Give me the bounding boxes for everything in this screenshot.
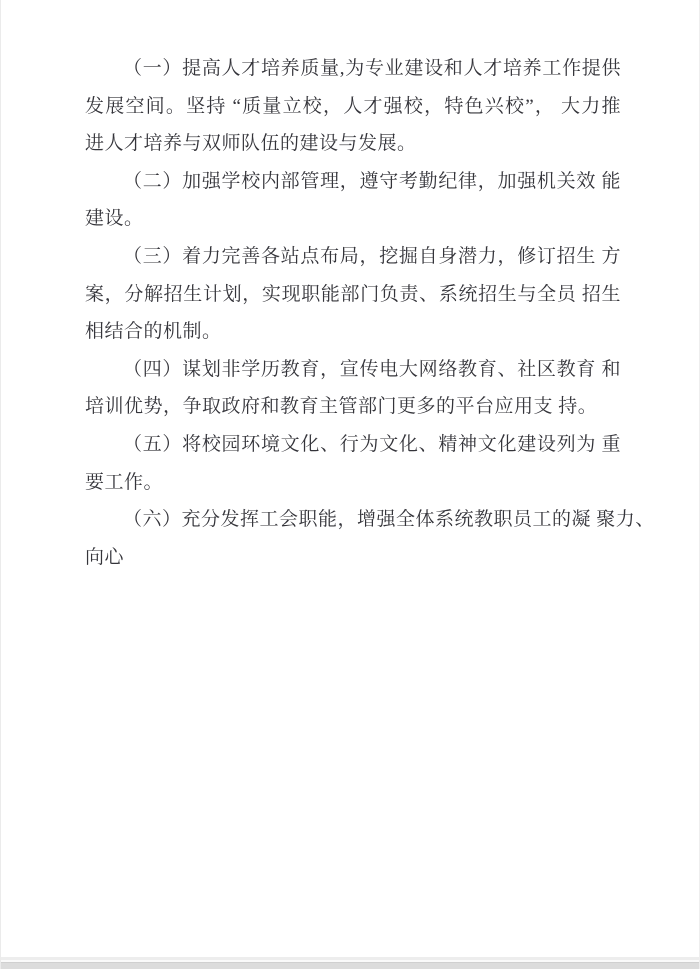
text-line: 要工作。 (85, 464, 621, 502)
text-line: （五）将校园环境文化、行为文化、精神文化建设列为 重 (85, 426, 621, 464)
paragraph: （六）充分发挥工会职能，增强全体系统教职员工的凝 聚力、向心 (85, 501, 621, 576)
document-body: （一）提高人才培养质量,为专业建设和人才培养工作提供发展空间。坚持 “质量立校，… (1, 0, 699, 576)
paragraph: （四）谋划非学历教育，宣传电大网络教育、社区教育 和培训优势，争取政府和教育主管… (85, 351, 621, 426)
paragraph: （三）着力完善各站点布局，挖掘自身潜力，修订招生 方案，分解招生计划，实现职能部… (85, 238, 621, 351)
text-line: 向心 (85, 539, 621, 577)
text-line: 培训优势，争取政府和教育主管部门更多的平台应用支 持。 (85, 388, 621, 426)
text-line: 案，分解招生计划，实现职能部门负责、系统招生与全员 招生 (85, 276, 621, 314)
horizontal-scrollbar[interactable] (1, 957, 699, 969)
text-line: 相结合的机制。 (85, 313, 621, 351)
text-line: （四）谋划非学历教育，宣传电大网络教育、社区教育 和 (85, 351, 621, 389)
document-page: （一）提高人才培养质量,为专业建设和人才培养工作提供发展空间。坚持 “质量立校，… (0, 0, 700, 969)
text-line: 进人才培养与双师队伍的建设与发展。 (85, 125, 621, 163)
paragraph: （五）将校园环境文化、行为文化、精神文化建设列为 重要工作。 (85, 426, 621, 501)
text-line: （六）充分发挥工会职能，增强全体系统教职员工的凝 聚力、 (85, 501, 621, 539)
text-line: 建设。 (85, 200, 621, 238)
scrollbar-track[interactable] (1, 962, 699, 969)
paragraph: （一）提高人才培养质量,为专业建设和人才培养工作提供发展空间。坚持 “质量立校，… (85, 50, 621, 163)
text-line: 发展空间。坚持 “质量立校，人才强校，特色兴校”， 大力推 (85, 88, 621, 126)
text-line: （一）提高人才培养质量,为专业建设和人才培养工作提供 (85, 50, 621, 88)
text-line: （二）加强学校内部管理，遵守考勤纪律，加强机关效 能 (85, 163, 621, 201)
paragraph: （二）加强学校内部管理，遵守考勤纪律，加强机关效 能建设。 (85, 163, 621, 238)
text-line: （三）着力完善各站点布局，挖掘自身潜力，修订招生 方 (85, 238, 621, 276)
